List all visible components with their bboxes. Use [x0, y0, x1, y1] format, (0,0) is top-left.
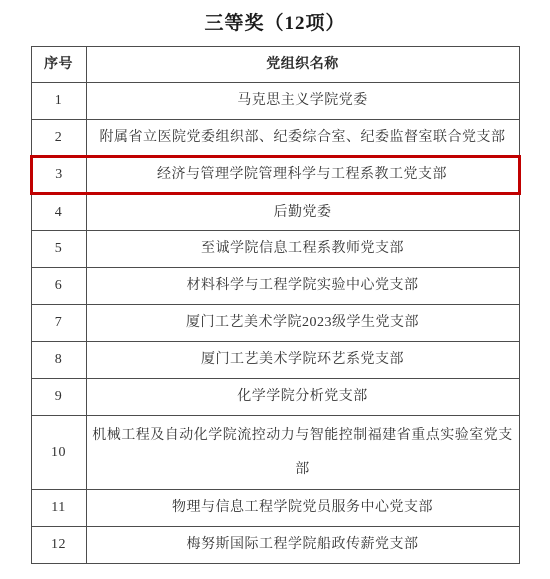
- table-row: 9 化学学院分析党支部: [31, 379, 519, 416]
- document-page: 三等奖（12项） 序号 党组织名称 1 马克思主义学院党委 2 附属省立医院党委…: [0, 0, 550, 579]
- row-number-cell: 2: [31, 120, 86, 157]
- header-cell-no: 序号: [31, 47, 86, 83]
- org-name-cell: 马克思主义学院党委: [86, 83, 519, 120]
- table-row: 5 至诚学院信息工程系教师党支部: [31, 231, 519, 268]
- table-row: 6 材料科学与工程学院实验中心党支部: [31, 268, 519, 305]
- row-number-cell: 12: [31, 527, 86, 564]
- org-name-cell: 厦门工艺美术学院环艺系党支部: [86, 342, 519, 379]
- org-name-cell: 后勤党委: [86, 194, 519, 231]
- org-name-cell: 化学学院分析党支部: [86, 379, 519, 416]
- table-row: 1 马克思主义学院党委: [31, 83, 519, 120]
- table-header-row: 序号 党组织名称: [31, 47, 519, 83]
- row-number-cell: 9: [31, 379, 86, 416]
- table-row: 11 物理与信息工程学院党员服务中心党支部: [31, 490, 519, 527]
- row-number-cell: 8: [31, 342, 86, 379]
- row-number-cell: 7: [31, 305, 86, 342]
- table-row: 4 后勤党委: [31, 194, 519, 231]
- table-row: 10 机械工程及自动化学院流控动力与智能控制福建省重点实验室党支部: [31, 416, 519, 490]
- row-number-cell: 10: [31, 416, 86, 490]
- row-number-cell: 1: [31, 83, 86, 120]
- table-row: 2 附属省立医院党委组织部、纪委综合室、纪委监督室联合党支部: [31, 120, 519, 157]
- row-number-cell: 6: [31, 268, 86, 305]
- row-number-cell: 11: [31, 490, 86, 527]
- org-name-cell: 至诚学院信息工程系教师党支部: [86, 231, 519, 268]
- org-name-cell: 机械工程及自动化学院流控动力与智能控制福建省重点实验室党支部: [86, 416, 519, 490]
- page-title: 三等奖（12项）: [30, 12, 521, 36]
- header-cell-name: 党组织名称: [86, 47, 519, 83]
- row-number-cell: 4: [31, 194, 86, 231]
- org-name-cell: 厦门工艺美术学院2023级学生党支部: [86, 305, 519, 342]
- table-row: 7 厦门工艺美术学院2023级学生党支部: [31, 305, 519, 342]
- org-name-cell: 物理与信息工程学院党员服务中心党支部: [86, 490, 519, 527]
- table-row: 12 梅努斯国际工程学院船政传薪党支部: [31, 527, 519, 564]
- row-number-cell: 5: [31, 231, 86, 268]
- row-number-cell: 3: [31, 157, 86, 194]
- org-name-cell: 材料科学与工程学院实验中心党支部: [86, 268, 519, 305]
- table-row: 8 厦门工艺美术学院环艺系党支部: [31, 342, 519, 379]
- table-row-highlighted: 3 经济与管理学院管理科学与工程系教工党支部: [31, 157, 519, 194]
- awards-table: 序号 党组织名称 1 马克思主义学院党委 2 附属省立医院党委组织部、纪委综合室…: [30, 46, 521, 564]
- org-name-cell: 附属省立医院党委组织部、纪委综合室、纪委监督室联合党支部: [86, 120, 519, 157]
- org-name-cell: 经济与管理学院管理科学与工程系教工党支部: [86, 157, 519, 194]
- org-name-cell: 梅努斯国际工程学院船政传薪党支部: [86, 527, 519, 564]
